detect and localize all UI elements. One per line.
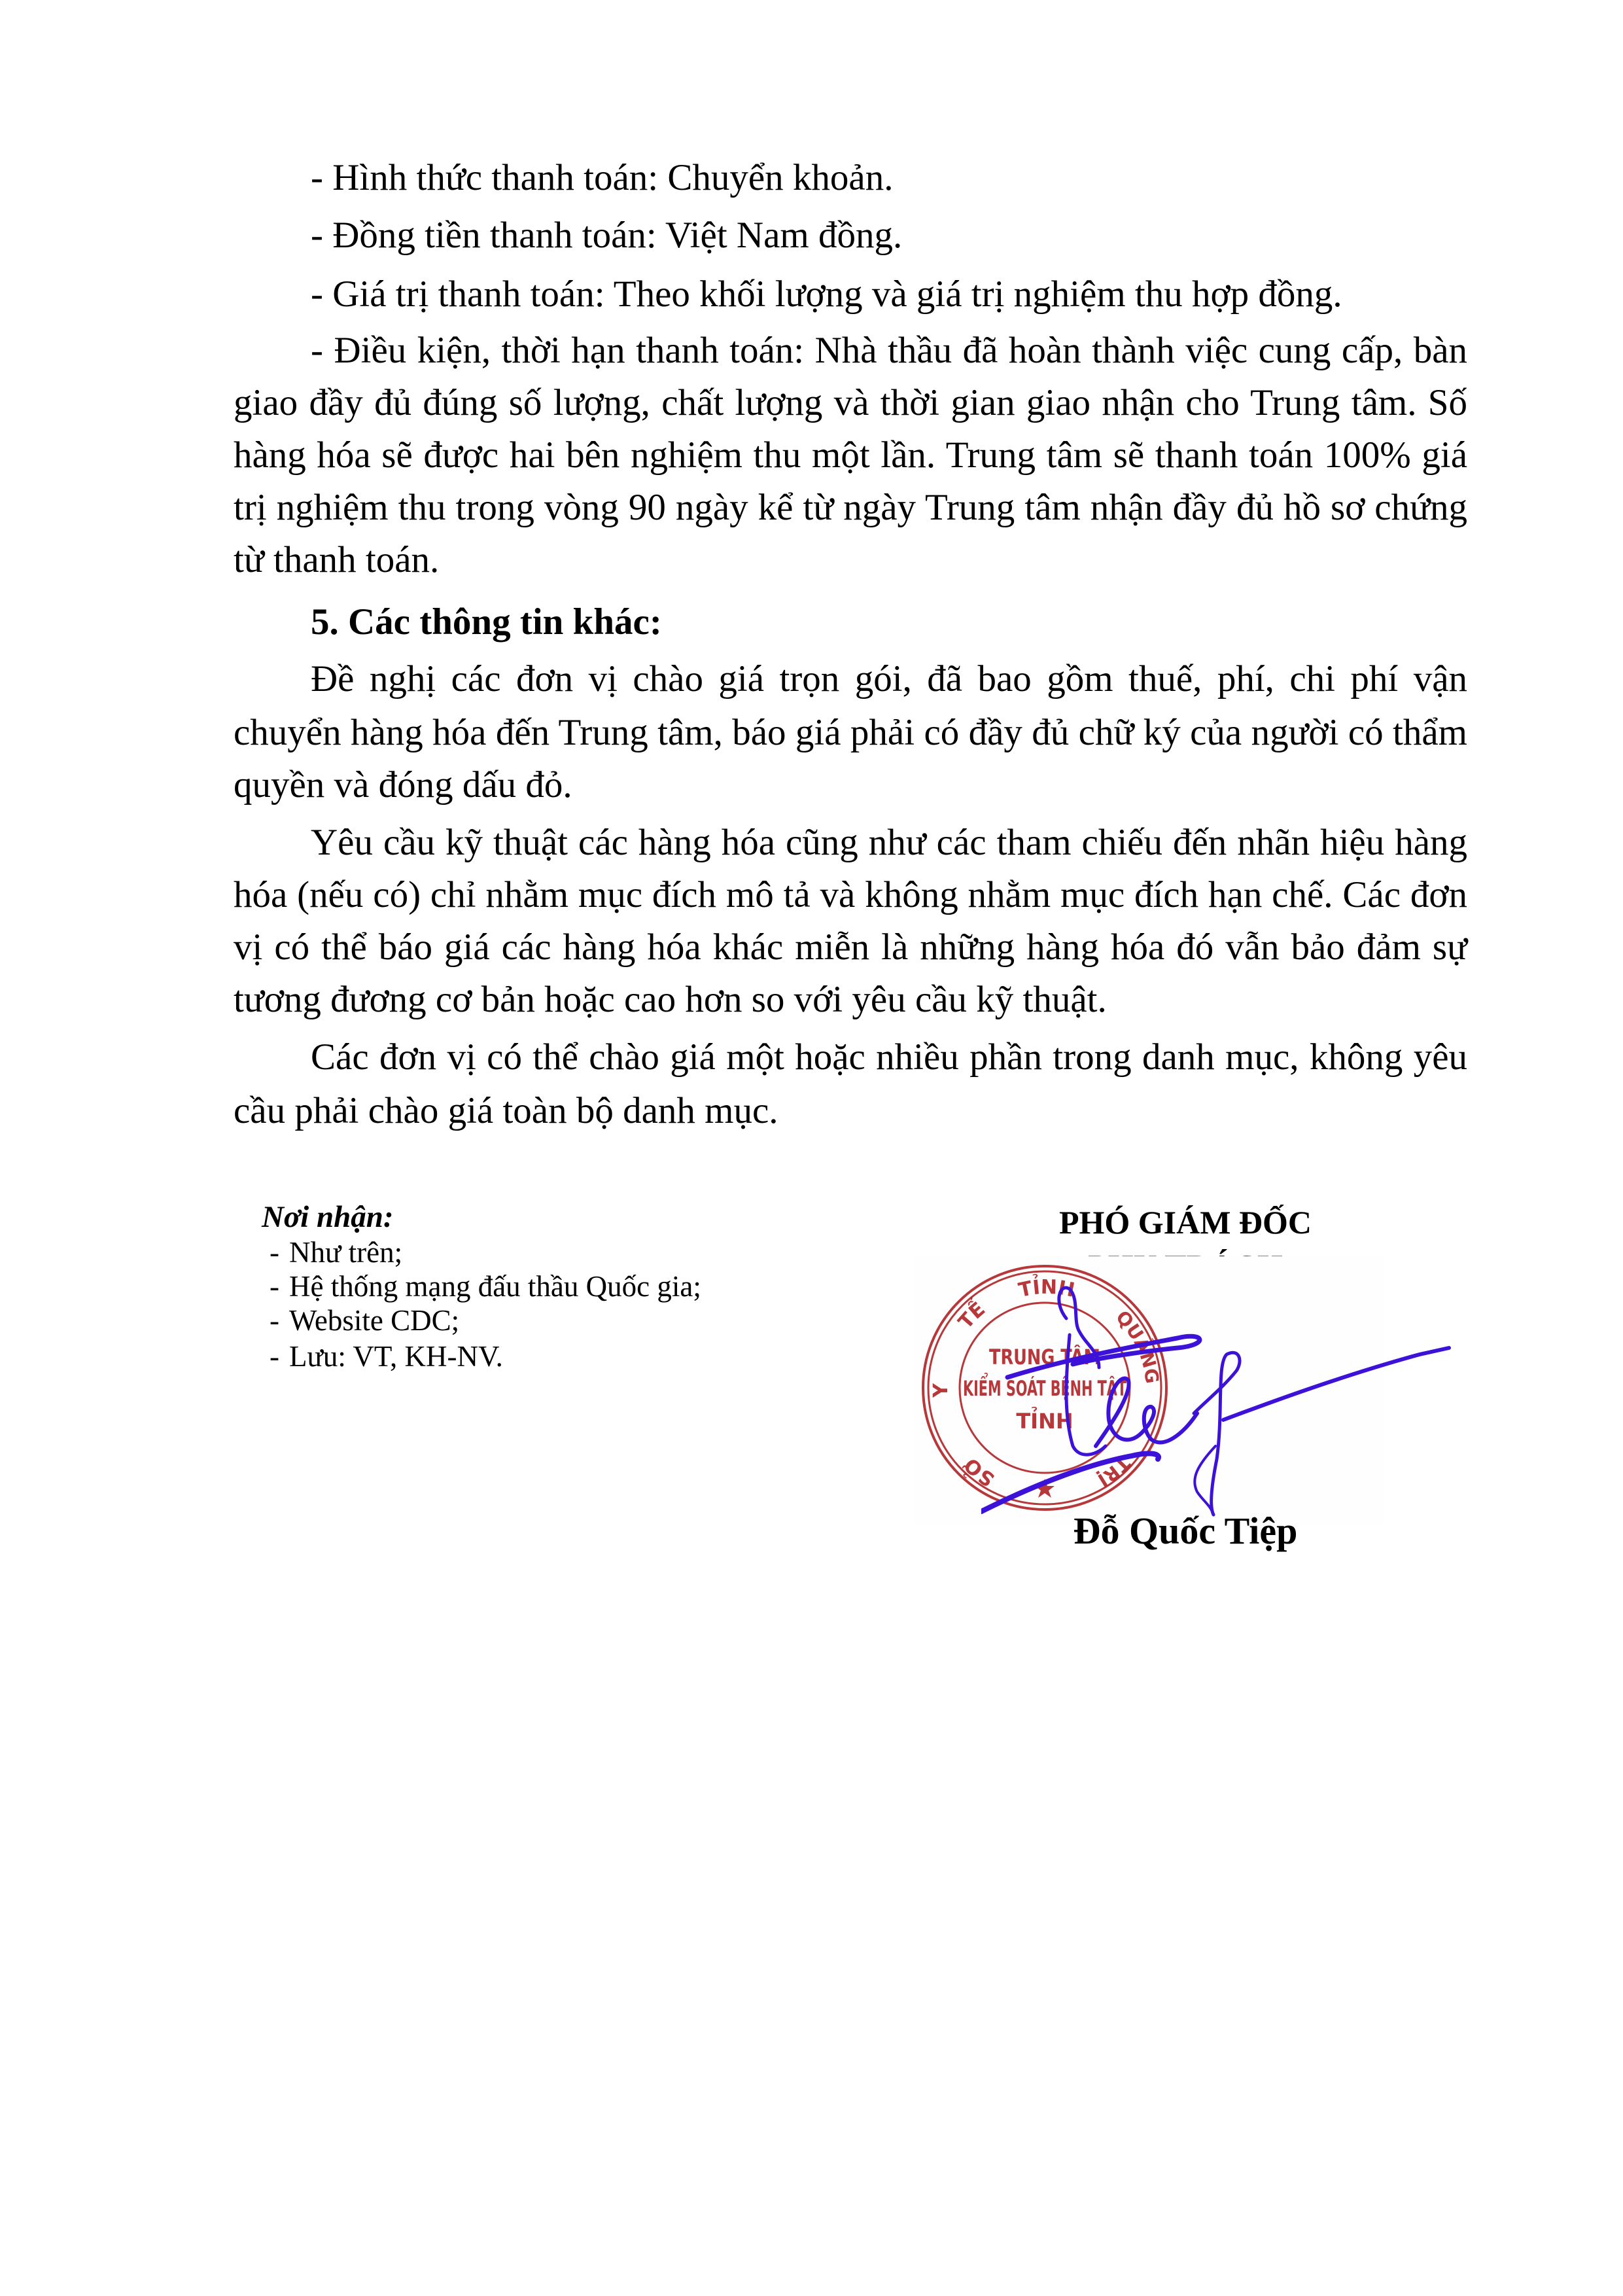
payment-conditions-line: hàng hóa sẽ được hai bên nghiệm thu một … [234,436,1467,474]
svg-text:Y: Y [930,1383,952,1398]
recipient-item: Website CDC; [289,1306,459,1335]
payment-method-line: - Hình thức thanh toán: Chuyển khoản. [311,159,894,196]
paragraph-line: cầu phải chào giá toàn bộ danh mục. [234,1092,778,1129]
signer-name: Đỗ Quốc Tiệp [989,1512,1382,1550]
paragraph-line: chuyển hàng hóa đến Trung tâm, báo giá p… [234,714,1467,751]
paragraph-line: quyền và đóng dấu đỏ. [234,766,572,804]
recipient-bullet: - [270,1272,279,1301]
payment-conditions-line: - Điều kiện, thời hạn thanh toán: Nhà th… [311,332,1467,369]
recipient-item: Như trên; [289,1238,402,1267]
stamp-ring-left: Y [930,1383,952,1398]
section-heading: 5. Các thông tin khác: [311,603,662,641]
payment-value-line: - Giá trị thanh toán: Theo khối lượng và… [311,275,1342,313]
payment-currency-line: - Đồng tiền thanh toán: Việt Nam đồng. [311,217,902,254]
recipient-item: Hệ thống mạng đấu thầu Quốc gia; [289,1272,701,1301]
recipient-bullet: - [270,1342,279,1371]
signer-title-line1: PHÓ GIÁM ĐỐC [989,1206,1382,1239]
recipients-heading: Nơi nhận: [262,1203,394,1232]
paragraph-line: Các đơn vị có thể chào giá một hoặc nhiề… [311,1038,1467,1076]
document-page: - Hình thức thanh toán: Chuyển khoản. - … [0,0,1623,2296]
recipient-item: Lưu: VT, KH-NV. [289,1342,503,1371]
payment-conditions-line: trị nghiệm thu trong vòng 90 ngày kể từ … [234,489,1467,526]
recipient-bullet: - [270,1306,279,1335]
recipient-bullet: - [270,1238,279,1267]
payment-conditions-line: từ thanh toán. [234,541,439,578]
paragraph-line: tương đương cơ bản hoặc cao hơn so với y… [234,981,1107,1018]
paragraph-line: vị có thể báo giá các hàng hóa khác miễn… [234,928,1467,966]
paragraph-line: Đề nghị các đơn vị chào giá trọn gói, đã… [311,660,1467,698]
handwritten-signature [981,1282,1478,1525]
paragraph-line: Yêu cầu kỹ thuật các hàng hóa cũng như c… [311,824,1467,861]
payment-conditions-line: giao đầy đủ đúng số lượng, chất lượng và… [234,384,1467,421]
paragraph-line: hóa (nếu có) chỉ nhằm mục đích mô tả và … [234,876,1467,913]
